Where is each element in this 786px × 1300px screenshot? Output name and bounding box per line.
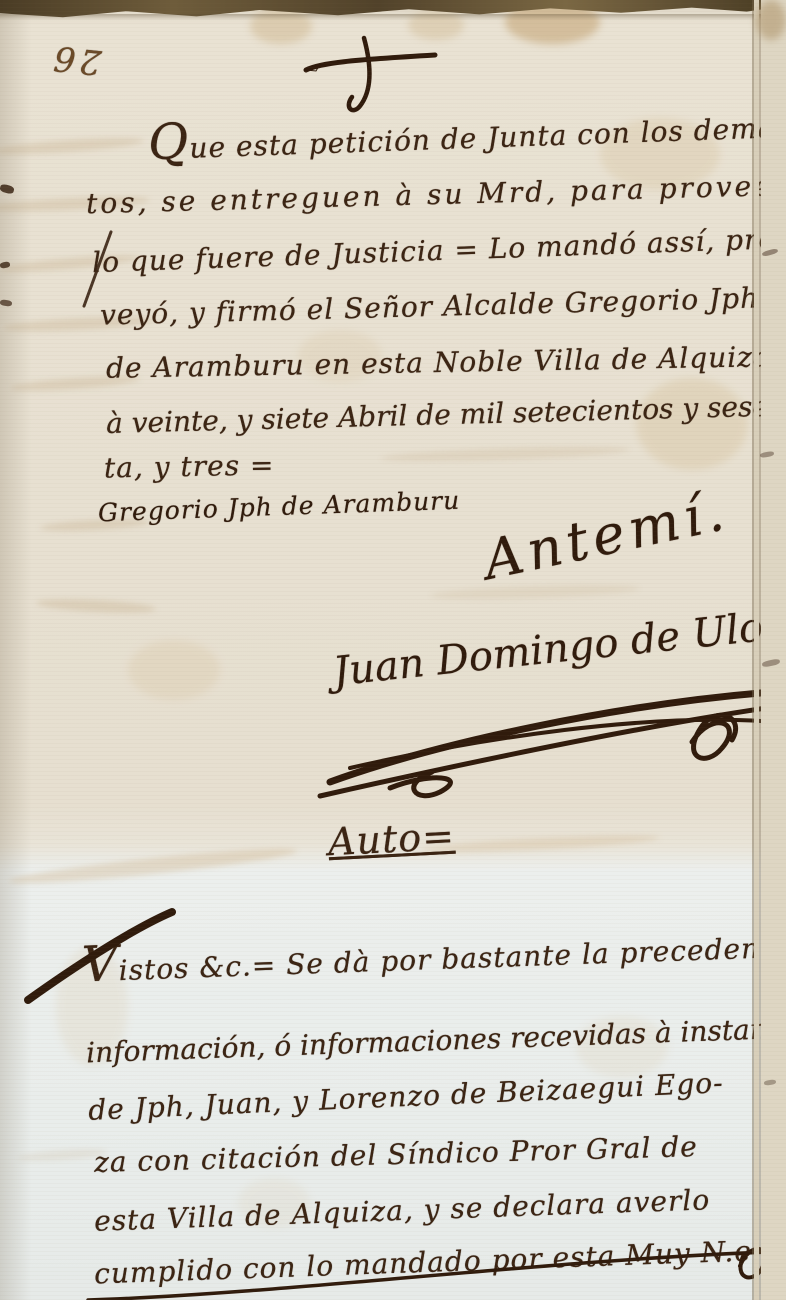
auto-line: Vistos &c.= Se dà por bastante la preced… bbox=[82, 928, 786, 985]
auto-line: za con citación del Síndico Pror Gral de bbox=[94, 1134, 698, 1175]
rubric-flourish bbox=[320, 680, 786, 800]
auto-line: información, ó informaciones recevidas à… bbox=[86, 1016, 786, 1066]
bleedthrough-mark bbox=[36, 597, 156, 615]
bleedthrough-mark bbox=[8, 843, 298, 889]
ink-speck bbox=[0, 261, 10, 269]
bleedthrough-mark bbox=[430, 582, 640, 601]
bleedthrough-mark bbox=[420, 832, 660, 857]
paper-stain bbox=[128, 640, 220, 700]
decree-line: Que esta petición de Junta con los demás… bbox=[148, 106, 786, 163]
vistos-entry-stroke bbox=[20, 900, 180, 1010]
auto-heading: Auto= bbox=[327, 819, 456, 860]
decree-line: veyó, y firmó el Señor Alcalde Gregorio … bbox=[100, 285, 760, 327]
ink-speck bbox=[0, 183, 15, 194]
signature-alcalde: Gregorio Jph de Aramburu bbox=[98, 490, 461, 525]
bleedthrough-mark bbox=[0, 135, 144, 157]
invocation-cross-icon bbox=[300, 30, 450, 120]
page-top-edge-shadow bbox=[0, 14, 786, 20]
adjacent-page-mark bbox=[764, 1079, 777, 1086]
adjacent-page-stain bbox=[756, 0, 786, 40]
manuscript-page: 26 Que esta petición de Junta con los de… bbox=[0, 0, 786, 1300]
signature-ante-mi: Antemí. bbox=[480, 487, 733, 586]
bleedthrough-mark bbox=[380, 444, 630, 465]
folio-number: 26 bbox=[49, 41, 103, 77]
adjacent-page-mark bbox=[760, 451, 775, 458]
adjacent-page-edge bbox=[752, 0, 786, 1300]
signature-escribano: Juan Domingo de Ulola bbox=[331, 606, 786, 691]
closing-underline-flourish bbox=[80, 1236, 780, 1300]
adjacent-page-mark bbox=[762, 248, 779, 257]
auto-line: de Jph, Juan, y Lorenzo de Beizaegui Ego… bbox=[88, 1070, 724, 1123]
ink-speck bbox=[0, 299, 12, 307]
decree-line: ta, y tres = bbox=[104, 453, 275, 481]
decree-line: tos, se entreguen à su Mrd, para proveer bbox=[86, 173, 786, 217]
decree-line: lo que fuere de Justicia = Lo mandó assí… bbox=[92, 226, 786, 275]
adjacent-page-mark bbox=[762, 658, 781, 668]
decree-line: de Aramburu en esta Noble Villa de Alqui… bbox=[106, 344, 771, 381]
decree-line: à veinte, y siete Abril de mil setecient… bbox=[106, 393, 786, 436]
auto-line: esta Villa de Alquiza, y se declara aver… bbox=[94, 1187, 711, 1234]
